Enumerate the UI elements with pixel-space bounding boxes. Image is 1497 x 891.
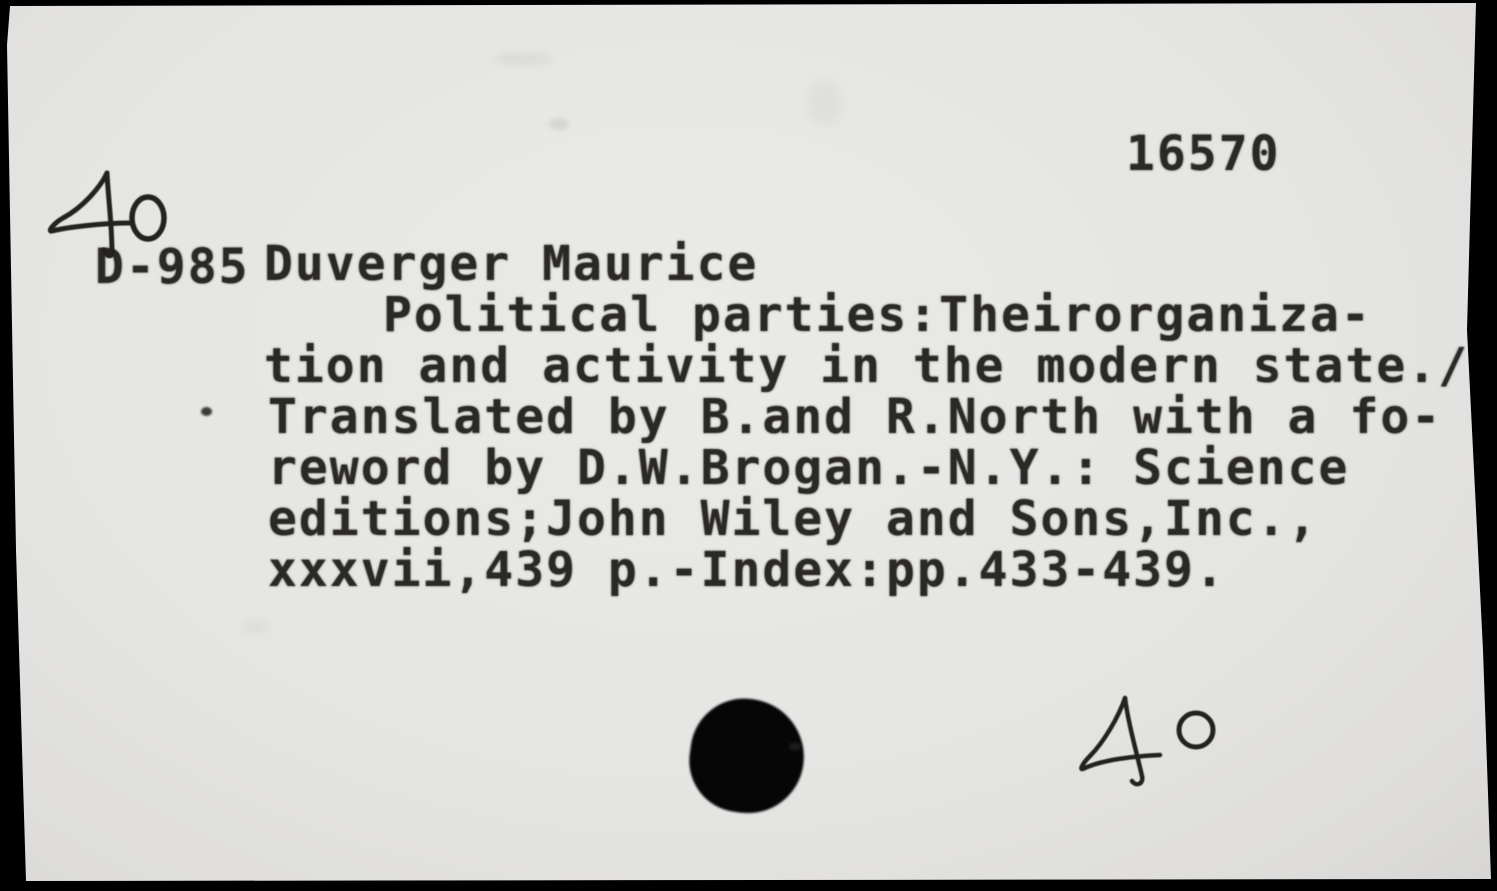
description-line: Political parties:Theirorganiza- [383, 291, 1372, 339]
author-line: Duverger Maurice [264, 240, 758, 288]
scan-smudge [242, 620, 268, 634]
catalog-card: 16570 D-985 Duverger Maurice Political p… [0, 0, 1497, 891]
handwritten-40-top [46, 166, 171, 261]
ink-blot-dot [683, 692, 812, 821]
description-line: xxxvii,439 p.-Index:pp.433-439. [268, 546, 1226, 594]
scan-smudge [808, 80, 842, 126]
stray-mark [201, 407, 212, 416]
scan-smudge [492, 52, 554, 66]
scan-smudge [549, 118, 569, 130]
ink-speck [789, 742, 801, 751]
accession-number: 16570 [1126, 130, 1281, 178]
description-line: Translated by B.and R.North with a fo- [268, 393, 1442, 441]
scanner-background: 16570 D-985 Duverger Maurice Political p… [0, 0, 1497, 891]
description-line: reword by D.W.Brogan.-N.Y.: Science [268, 444, 1349, 492]
handwritten-40-bottom [1078, 688, 1223, 793]
description-line: editions;John Wiley and Sons,Inc., [268, 495, 1319, 543]
description-line: tion and activity in the modern state./ [264, 342, 1469, 390]
